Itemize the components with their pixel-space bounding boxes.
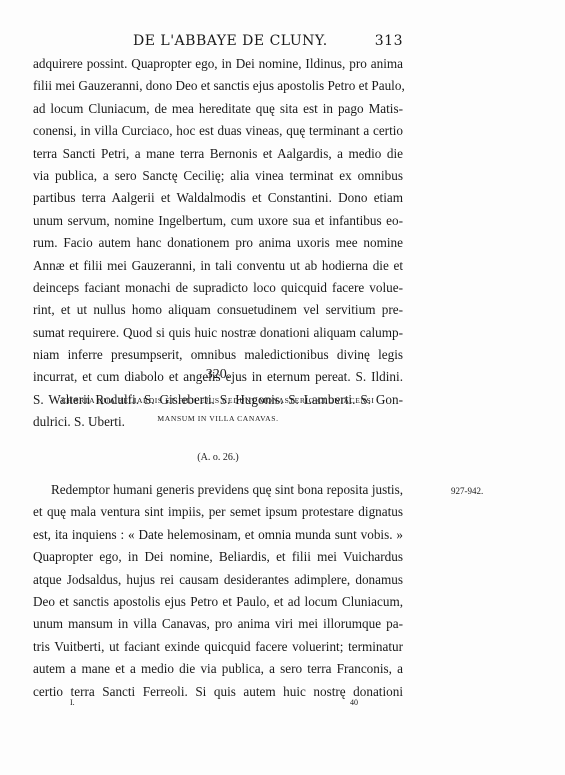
text-line: tris Vuitberti, ut faciant exinde quicqu… (33, 636, 403, 658)
page-number: 313 (375, 33, 403, 49)
charter-title: CHARTA QUA BELIARDIS ET FILII EJUS CEDUN… (33, 392, 403, 428)
text-line: est, ita inquiens : « Date helemosinam, … (33, 524, 403, 546)
text-line: deinceps faciant monachi de supradicto l… (33, 277, 403, 299)
signature-mark-left: I. (70, 698, 75, 707)
text-line: atque Jodsaldus, hujus rei causam deside… (33, 569, 403, 591)
document-page: DE L'ABBAYE DE CLUNY. 313 adquirere poss… (0, 0, 565, 775)
text-line: niam inferre presumpserit, omnibus maled… (33, 344, 403, 366)
text-line: Annæ et filii mei Gauzeranni, in tali co… (33, 255, 403, 277)
charter-title-line: MANSUM IN VILLA CANAVAS. (33, 410, 403, 428)
text-line: Redemptor humani generis previdens quę s… (33, 479, 403, 501)
text-line: unum mansum in villa Canavas, pro anima … (33, 613, 403, 635)
charter-title-line: CHARTA QUA BELIARDIS ET FILII EJUS CEDUN… (33, 392, 403, 410)
text-line: unum servum, nomine Ingelbertum, cum uxo… (33, 210, 403, 232)
text-line: via publica, a sero Sanctę Cecilię; alia… (33, 165, 403, 187)
text-line: Quapropter ego, in Dei nomine, Beliardis… (33, 546, 403, 568)
running-header: DE L'ABBAYE DE CLUNY. 313 (33, 33, 403, 53)
text-line: rint, et ut nullus homo aliquam consuetu… (33, 299, 403, 321)
text-line: terra Sancti Petri, a mane terra Bernoni… (33, 143, 403, 165)
text-line: ad locum Cluniacum, de mea hereditate qu… (33, 98, 403, 120)
text-line: et quę mala ventura sint impiis, per sem… (33, 501, 403, 523)
running-title: DE L'ABBAYE DE CLUNY. (133, 33, 328, 49)
text-line: autem a mane et a medio die via publica,… (33, 658, 403, 680)
text-line: sumat requirere. Quod si quis huic nostr… (33, 322, 403, 344)
signature-mark-right: 40 (350, 698, 358, 707)
text-line: Deo et sanctis apostolis ejus Petro et P… (33, 591, 403, 613)
charter-date: (A. o. 26.) (33, 452, 403, 463)
text-line: rum. Facio autem hanc donationem pro ani… (33, 232, 403, 254)
text-line: filii mei Gauzeranni, dono Deo et sancti… (33, 75, 403, 97)
charter-320-text: Redemptor humani generis previdens quę s… (33, 479, 403, 703)
margin-date-note: 927-942. (451, 486, 483, 496)
text-line: conensi, in villa Curciaco, hoc est duas… (33, 120, 403, 142)
text-line: partibus terra Aalgerii et Waldalmodis e… (33, 187, 403, 209)
charter-number: 320. (33, 367, 403, 383)
text-line: adquirere possint. Quapropter ego, in De… (33, 53, 403, 75)
text-line: certio terra Sancti Ferreoli. Si quis au… (33, 681, 403, 703)
